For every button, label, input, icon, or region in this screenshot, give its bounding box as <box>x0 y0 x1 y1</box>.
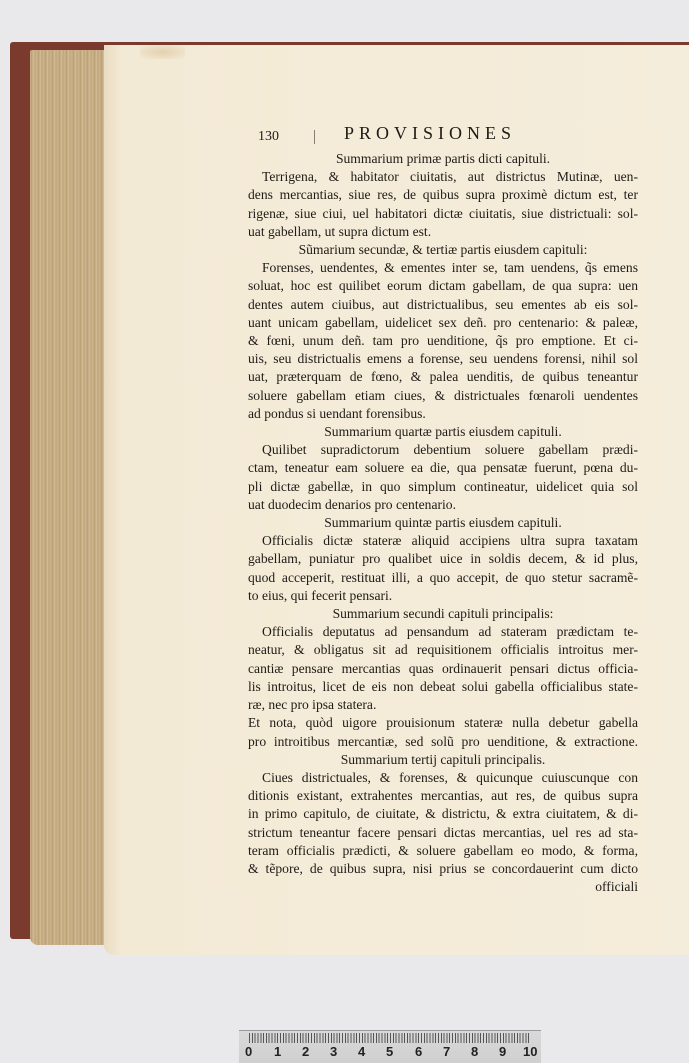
text-line: pro introitibus mercantiæ, sed solũ pro … <box>248 733 638 751</box>
ruler-labels: 0 1 2 3 4 5 6 7 8 9 10 <box>243 1044 543 1062</box>
text-line: soluat, hoc est quilibet eorum dictam ga… <box>248 277 638 295</box>
section-summary: Summarium tertij capituli principalis. <box>248 751 638 769</box>
section-5: Summarium secundi capituli principalis: … <box>248 605 638 751</box>
running-title: PROVISIONES <box>344 124 516 142</box>
text-line: ctam, teneatur eam soluere ea die, qua p… <box>248 459 638 477</box>
section-summary: Summarium quintæ partis eiusdem capituli… <box>248 514 638 532</box>
text-line: quod acceperit, restituat illi, a quo ac… <box>248 569 638 587</box>
ruler-label: 4 <box>358 1044 365 1059</box>
text-line: teram officialis prædicti, & soluere gab… <box>248 842 638 860</box>
paper-stain <box>140 45 185 59</box>
ruler-label: 3 <box>330 1044 337 1059</box>
text-line: uat, præterquam de fœno, & palea uenditi… <box>248 368 638 386</box>
text-line: neatur, & obligatus sit ad requisitionem… <box>248 641 638 659</box>
section-summary: Summarium primæ partis dicti capituli. <box>248 150 638 168</box>
text-line: ad pondus si uendant forensibus. <box>248 405 638 423</box>
section-summary: Summarium secundi capituli principalis: <box>248 605 638 623</box>
text-line: Forenses, uendentes, & ementes inter se,… <box>248 259 638 277</box>
page-edges <box>30 50 112 945</box>
section-3: Summarium quartæ partis eiusdem capituli… <box>248 423 638 514</box>
head-divider <box>314 130 315 144</box>
text-line: Officialis dictæ stateræ aliquid accipie… <box>248 532 638 550</box>
text-line: dentes autem ciuibus, aut districtualibu… <box>248 296 638 314</box>
page-text-block: 130 PROVISIONES Summarium primæ partis d… <box>248 124 638 896</box>
section-1: Summarium primæ partis dicti capituli. T… <box>248 150 638 241</box>
text-line: uant unicam gabellam, uidelicet sex deñ.… <box>248 314 638 332</box>
text-line: dens mercantias, siue res, de quibus sup… <box>248 186 638 204</box>
ruler-label: 5 <box>386 1044 393 1059</box>
section-2: Sũmarium secundæ, & tertiæ partis eiusde… <box>248 241 638 423</box>
running-head: 130 PROVISIONES <box>248 124 638 150</box>
text-line: ditionis existant, extrahentes mercantia… <box>248 787 638 805</box>
ruler-label: 8 <box>471 1044 478 1059</box>
ruler-label: 2 <box>302 1044 309 1059</box>
text-line: Et nota, quòd uigore prouisionum stateræ… <box>248 714 638 732</box>
ruler-label: 9 <box>499 1044 506 1059</box>
ruler-label: 10 <box>523 1044 537 1059</box>
section-paragraph: Terrigena, & habitator ciuitatis, aut di… <box>248 168 638 241</box>
text-line: cantiæ pensare mercantias quas ordinauer… <box>248 660 638 678</box>
text-line: ræ, nec pro ipsa statera. <box>248 696 638 714</box>
section-summary: Summarium quartæ partis eiusdem capituli… <box>248 423 638 441</box>
section-paragraph: Forenses, uendentes, & ementes inter se,… <box>248 259 638 423</box>
ruler-label: 1 <box>274 1044 281 1059</box>
section-paragraph: Officialis deputatus ad pensandum ad sta… <box>248 623 638 714</box>
text-line: soluere gabellam etiam ciues, & district… <box>248 387 638 405</box>
text-line: uis, seu districtualis emens a forense, … <box>248 350 638 368</box>
text-line: gabellam, puniatur pro qualibet uice in … <box>248 550 638 568</box>
section-6: Summarium tertij capituli principalis. C… <box>248 751 638 897</box>
text-line: rigenæ, siue ciui, uel habitatori dictæ … <box>248 205 638 223</box>
text-line: uat duodecim denarios pro centenario. <box>248 496 638 514</box>
text-line: Terrigena, & habitator ciuitatis, aut di… <box>248 168 638 186</box>
text-line: Quilibet supradictorum debentium soluere… <box>248 441 638 459</box>
ruler-label: 6 <box>415 1044 422 1059</box>
section-4: Summarium quintæ partis eiusdem capituli… <box>248 514 638 605</box>
text-line: in primo capitulo, de ciuitate, & distri… <box>248 805 638 823</box>
text-line: & tẽpore, de quibus supra, nisi prius se… <box>248 860 638 878</box>
ruler-label: 7 <box>443 1044 450 1059</box>
note-paragraph: Et nota, quòd uigore prouisionum stateræ… <box>248 714 638 750</box>
text-line: to eius, qui fecerit pensari. <box>248 587 638 605</box>
text-line: uat gabellam, ut supra dictum est. <box>248 223 638 241</box>
catchword: officiali <box>248 878 638 896</box>
text-line: strictum teneantur facere pensari dictas… <box>248 824 638 842</box>
page-number: 130 <box>258 128 279 146</box>
text-line: pli dictæ gabellæ, in quo simplum contin… <box>248 478 638 496</box>
text-line: Ciues districtuales, & forenses, & quicu… <box>248 769 638 787</box>
section-paragraph: Ciues districtuales, & forenses, & quicu… <box>248 769 638 878</box>
section-paragraph: Officialis dictæ stateræ aliquid accipie… <box>248 532 638 605</box>
measurement-ruler: 0 1 2 3 4 5 6 7 8 9 10 <box>239 1030 541 1063</box>
section-summary: Sũmarium secundæ, & tertiæ partis eiusde… <box>248 241 638 259</box>
section-paragraph: Quilibet supradictorum debentium soluere… <box>248 441 638 514</box>
text-line: & fœni, unum deñ. tam pro uenditione, q̃… <box>248 332 638 350</box>
ruler-ticks <box>249 1033 531 1043</box>
text-line: Officialis deputatus ad pensandum ad sta… <box>248 623 638 641</box>
text-line: lis introitus, licet de eis non debeat s… <box>248 678 638 696</box>
ruler-label: 0 <box>245 1044 252 1059</box>
